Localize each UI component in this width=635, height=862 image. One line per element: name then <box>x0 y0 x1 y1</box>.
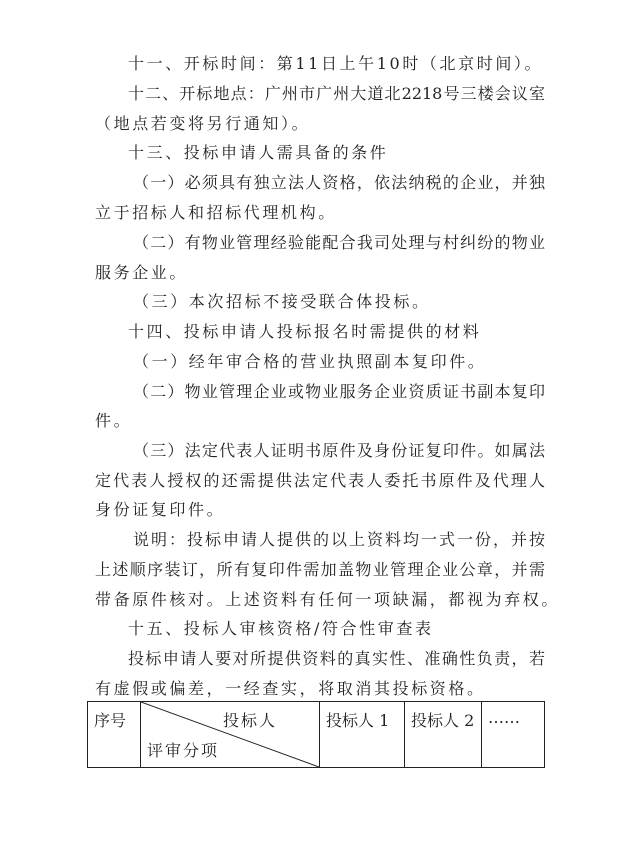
header-diagonal-cell: 投标人 评审分项 <box>141 702 320 768</box>
note-paragraph: 说明：投标申请人提供的以上资料均一式一份，并按 <box>133 530 545 550</box>
table-header-row: 序号 投标人 评审分项 投标人 1 投标人 2 …… <box>88 702 545 768</box>
clause-13-item-1: （一）必须具有独立法人资格，依法纳税的企业，并独 <box>133 173 545 193</box>
bidder-2-label: 投标人 2 <box>411 711 474 730</box>
diagonal-bottom-label: 评审分项 <box>147 738 219 761</box>
clause-14-item-3-end: 身份证复印件。 <box>95 500 545 520</box>
header-seq-label: 序号 <box>94 711 126 730</box>
clause-14-item-2: （二）物业管理企业或物业服务企业资质证书副本复印 <box>133 382 545 402</box>
clause-11-open-time: 十一、开标时间：第11日上午10时（北京时间）。 <box>128 54 545 74</box>
clause-14-heading: 十四、投标申请人投标报名时需提供的材料 <box>128 322 545 342</box>
clause-15-heading: 十五、投标人审核资格/符合性审查表 <box>128 619 545 639</box>
header-seq-cell: 序号 <box>88 702 141 768</box>
note-paragraph-continued: 上述顺序装订，所有复印件需加盖物业管理企业公章，并需 <box>95 560 545 580</box>
clause-14-item-2-continued: 件。 <box>95 411 545 431</box>
document-page: 十一、开标时间：第11日上午10时（北京时间）。 十二、开标地点：广州市广州大道… <box>0 0 635 862</box>
more-label: …… <box>488 708 520 727</box>
clause-13-item-2: （二）有物业管理经验能配合我司处理与村纠纷的物业 <box>133 233 545 253</box>
note-paragraph-end: 带备原件核对。上述资料有任何一项缺漏，都视为弃权。 <box>95 590 545 610</box>
clause-12-continued: （地点若变将另行通知）。 <box>95 114 545 134</box>
clause-14-item-3: （三）法定代表人证明书原件及身份证复印件。如属法 <box>133 441 545 461</box>
diagonal-top-label: 投标人 <box>223 708 277 731</box>
clause-13-item-2-continued: 服务企业。 <box>95 263 545 283</box>
clause-14-item-1: （一）经年审合格的营业执照副本复印件。 <box>133 352 545 372</box>
clause-13-item-1-continued: 立于招标人和招标代理机构。 <box>95 203 545 223</box>
clause-15-paragraph-end: 有虚假或偏差，一经查实，将取消其投标资格。 <box>95 679 545 699</box>
clause-15-paragraph: 投标申请人要对所提供资料的真实性、准确性负责，若 <box>128 649 545 669</box>
bidder-1-label: 投标人 1 <box>326 711 389 730</box>
clause-14-item-3-continued: 定代表人授权的还需提供法定代表人委托书原件及代理人 <box>95 471 545 491</box>
header-bidder-1: 投标人 1 <box>320 702 405 768</box>
clause-12-open-place: 十二、开标地点：广州市广州大道北2218号三楼会议室 <box>128 84 545 104</box>
qualification-review-table: 序号 投标人 评审分项 投标人 1 投标人 2 …… <box>87 701 545 768</box>
clause-13-heading: 十三、投标申请人需具备的条件 <box>128 143 545 163</box>
header-more: …… <box>482 702 545 768</box>
clause-13-item-3: （三）本次招标不接受联合体投标。 <box>133 292 545 312</box>
header-bidder-2: 投标人 2 <box>405 702 482 768</box>
